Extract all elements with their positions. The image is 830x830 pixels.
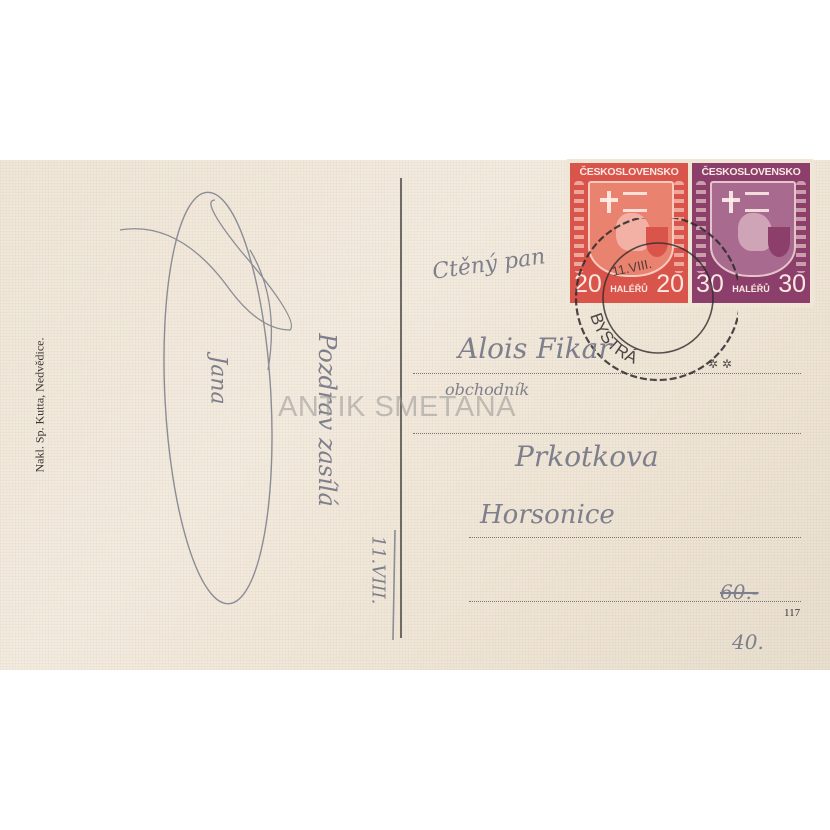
address-town: Horsonice	[480, 500, 615, 530]
double-cross-icon	[722, 191, 740, 213]
watermark: ANTIK SMETANA	[278, 391, 516, 424]
address-name: Alois Fikar	[458, 332, 612, 365]
coat-of-arms-icon	[588, 181, 674, 277]
stripes-icon	[745, 192, 769, 212]
address-street: Prkotkova	[515, 440, 659, 473]
handwritten-signature: Jana	[206, 355, 231, 404]
card-number: 117	[784, 607, 800, 619]
stamp-ornament-right	[796, 181, 806, 273]
eagle-icon	[646, 227, 668, 257]
stamp-20-haleru: ČESKOSLOVENSKO 20 HALÉŘŮ 20	[570, 163, 688, 303]
eagle-icon	[768, 227, 790, 257]
price-marking: 40.	[732, 630, 764, 654]
stamp-country: ČESKOSLOVENSKO	[692, 166, 810, 178]
address-line-2	[413, 433, 801, 434]
stamp-value-right: 20	[656, 272, 684, 297]
double-cross-icon	[600, 191, 618, 213]
price-crossed-out: 60.-	[720, 580, 759, 604]
stamp-value-right: 30	[778, 272, 806, 297]
address-line-3	[469, 537, 801, 538]
coat-of-arms-icon	[710, 181, 796, 277]
stamp-ornament-right	[674, 181, 684, 273]
stamp-30-haleru: ČESKOSLOVENSKO 30 HALÉŘŮ 30	[692, 163, 810, 303]
address-line-1	[413, 373, 801, 374]
lion-icon	[738, 213, 772, 251]
publisher-imprint: Nakl. Sp. Kutta, Nedvědice.	[33, 338, 48, 473]
stamp-body: ČESKOSLOVENSKO 30 HALÉŘŮ 30	[692, 163, 810, 303]
stamp-ornament-left	[696, 181, 706, 273]
handwritten-date: 11.VIII.	[368, 536, 389, 605]
stamp-country: ČESKOSLOVENSKO	[570, 166, 688, 178]
lion-icon	[616, 213, 650, 251]
stamp-ornament-left	[574, 181, 584, 273]
stamp-body: ČESKOSLOVENSKO 20 HALÉŘŮ 20	[570, 163, 688, 303]
stripes-icon	[623, 192, 647, 212]
